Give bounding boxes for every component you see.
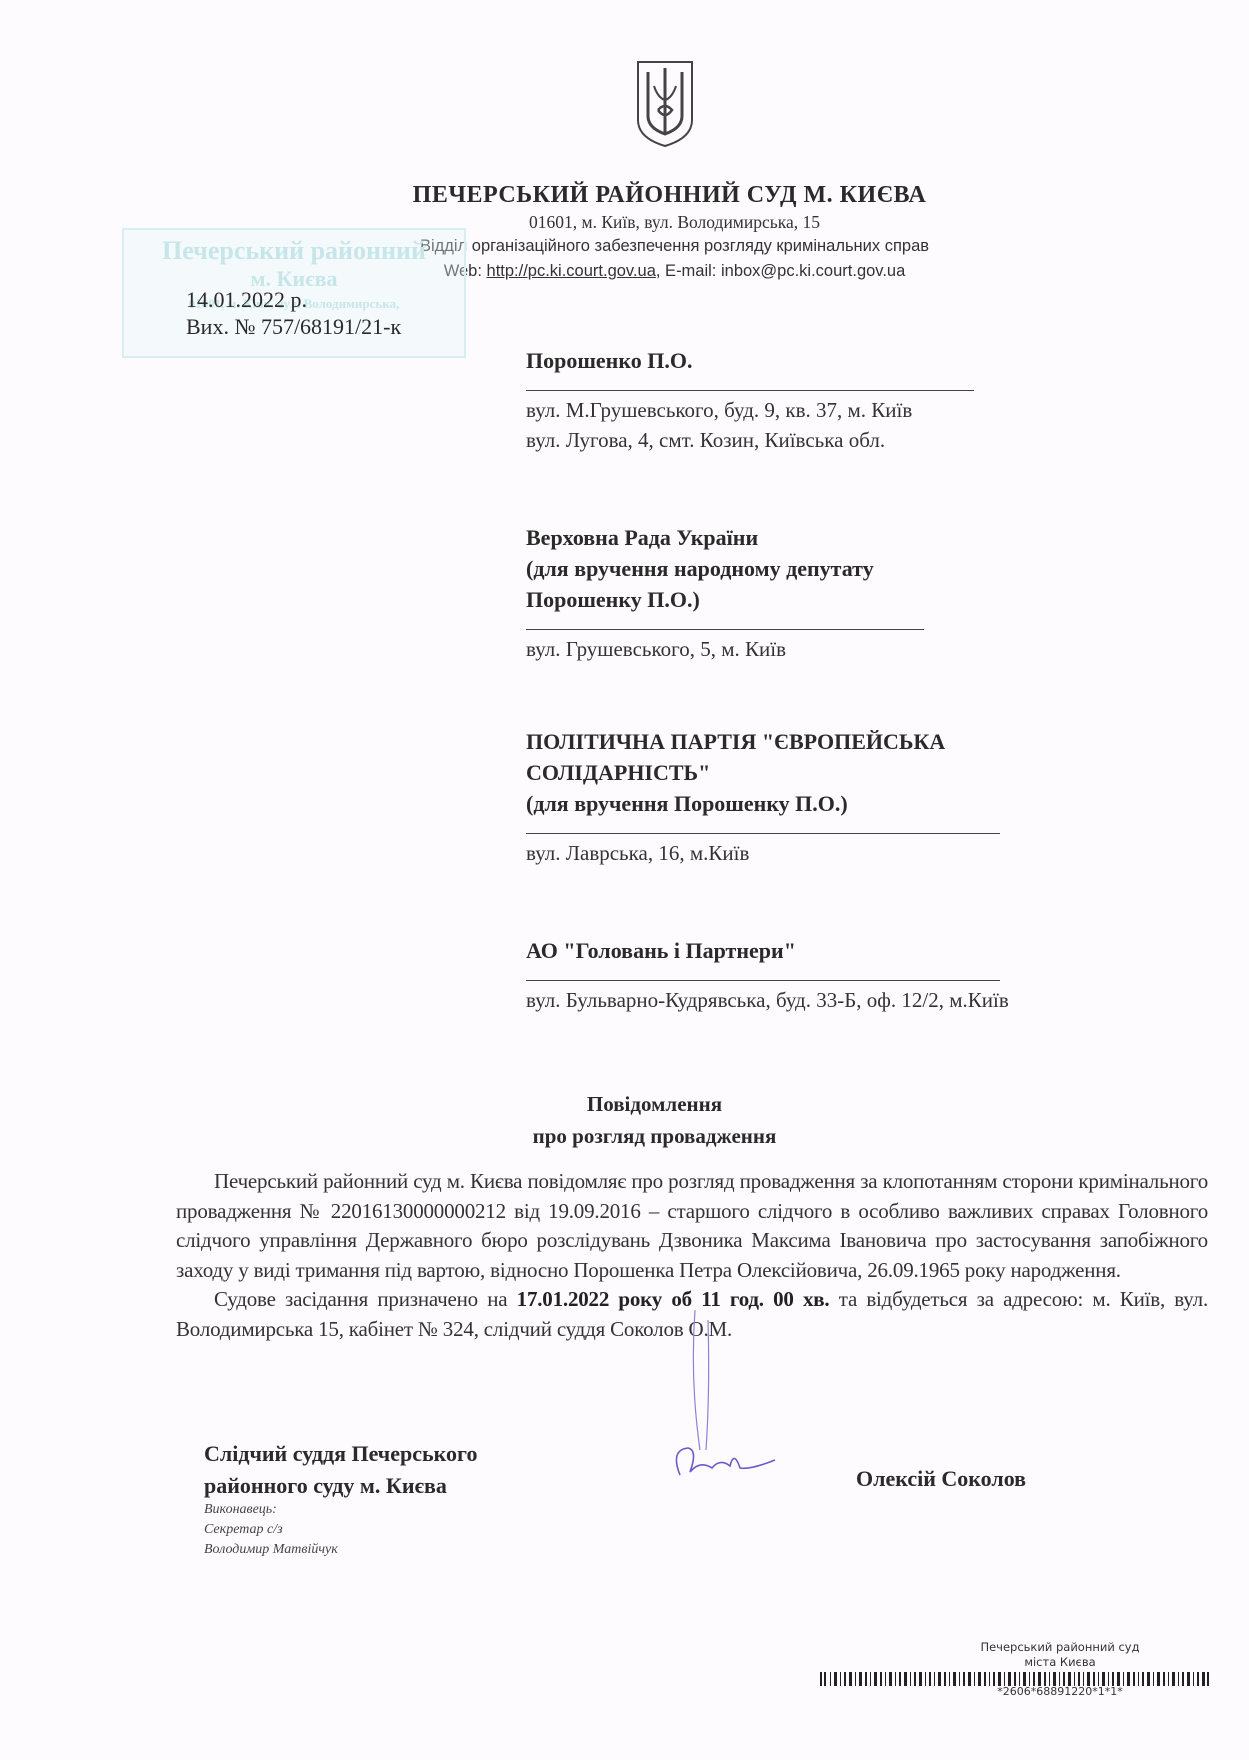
notice-title-line-1: Повідомлення <box>60 1088 1249 1120</box>
executor-role: Секретар с/з <box>204 1520 338 1540</box>
handwritten-signature-icon <box>660 1300 790 1490</box>
recipient-name: СОЛІДАРНІСТЬ" <box>526 757 1146 788</box>
divider-line <box>526 833 1000 834</box>
signer-title-line-2: районного суду м. Києва <box>204 1470 477 1502</box>
recipient-address: вул. М.Грушевського, буд. 9, кв. 37, м. … <box>526 395 1146 425</box>
notice-title: Повідомлення про розгляд провадження <box>0 1088 1249 1152</box>
recipient-name: Порошенко П.О. <box>526 345 1146 376</box>
recipient-block: Верховна Рада України (для вручення наро… <box>526 522 1146 664</box>
notice-title-line-2: про розгляд провадження <box>60 1120 1249 1152</box>
recipient-name: ПОЛІТИЧНА ПАРТІЯ "ЄВРОПЕЙСЬКА <box>526 726 1146 757</box>
barcode-label-2: міста Києва <box>880 1655 1240 1669</box>
notice-paragraph-1: Печерський районний суд м. Києва повідом… <box>176 1167 1208 1285</box>
email-text: , E-mail: inbox@pc.ki.court.gov.ua <box>656 262 905 280</box>
signer-title-line-1: Слідчий суддя Печерського <box>204 1438 477 1470</box>
recipient-block: Порошенко П.О. вул. М.Грушевського, буд.… <box>526 345 1146 455</box>
recipient-block: ПОЛІТИЧНА ПАРТІЯ "ЄВРОПЕЙСЬКА СОЛІДАРНІС… <box>526 726 1146 868</box>
outgoing-number: Вих. № 757/68191/21-к <box>186 314 401 340</box>
divider-line <box>526 980 1000 981</box>
executor-info: Виконавець: Секретар с/з Володимир Матві… <box>204 1500 338 1560</box>
court-title: ПЕЧЕРСЬКИЙ РАЙОННИЙ СУД М. КИЄВА <box>0 182 1249 209</box>
outgoing-date: 14.01.2022 р. <box>186 287 307 313</box>
recipient-address: вул. Бульварно-Кудрявська, буд. 33-Б, оф… <box>526 985 1146 1015</box>
recipient-block: АО "Головань і Партнери" вул. Бульварно-… <box>526 935 1146 1015</box>
hearing-text: Судове засідання призначено на <box>214 1287 517 1311</box>
recipient-address: вул. Грушевського, 5, м. Київ <box>526 634 1146 664</box>
recipient-name: (для вручення Порошенку П.О.) <box>526 788 1146 819</box>
court-website-link[interactable]: http://pc.ki.court.gov.ua <box>487 262 656 280</box>
recipient-address: вул. Лаврська, 16, м.Київ <box>526 838 1146 868</box>
recipient-address: вул. Лугова, 4, смт. Козин, Київська обл… <box>526 425 1146 455</box>
barcode-icon <box>820 1672 1210 1686</box>
executor-name: Володимир Матвійчук <box>204 1540 338 1560</box>
stamp-line-1: Печерський районний <box>124 236 464 266</box>
signer-title: Слідчий суддя Печерського районного суду… <box>204 1438 477 1502</box>
barcode-label-1: Печерський районний суд <box>880 1640 1240 1654</box>
trident-emblem-icon <box>634 58 696 148</box>
signer-name: Олексій Соколов <box>856 1466 1026 1492</box>
recipient-name: Верховна Рада України <box>526 522 1146 553</box>
divider-line <box>526 629 924 630</box>
recipient-name: Порошенку П.О.) <box>526 584 1146 615</box>
recipient-name: (для вручення народному депутату <box>526 553 1146 584</box>
executor-label: Виконавець: <box>204 1500 338 1520</box>
divider-line <box>526 390 974 391</box>
barcode-number: *2606*68891220*1*1* <box>880 1685 1240 1698</box>
recipient-name: АО "Головань і Партнери" <box>526 935 1146 966</box>
